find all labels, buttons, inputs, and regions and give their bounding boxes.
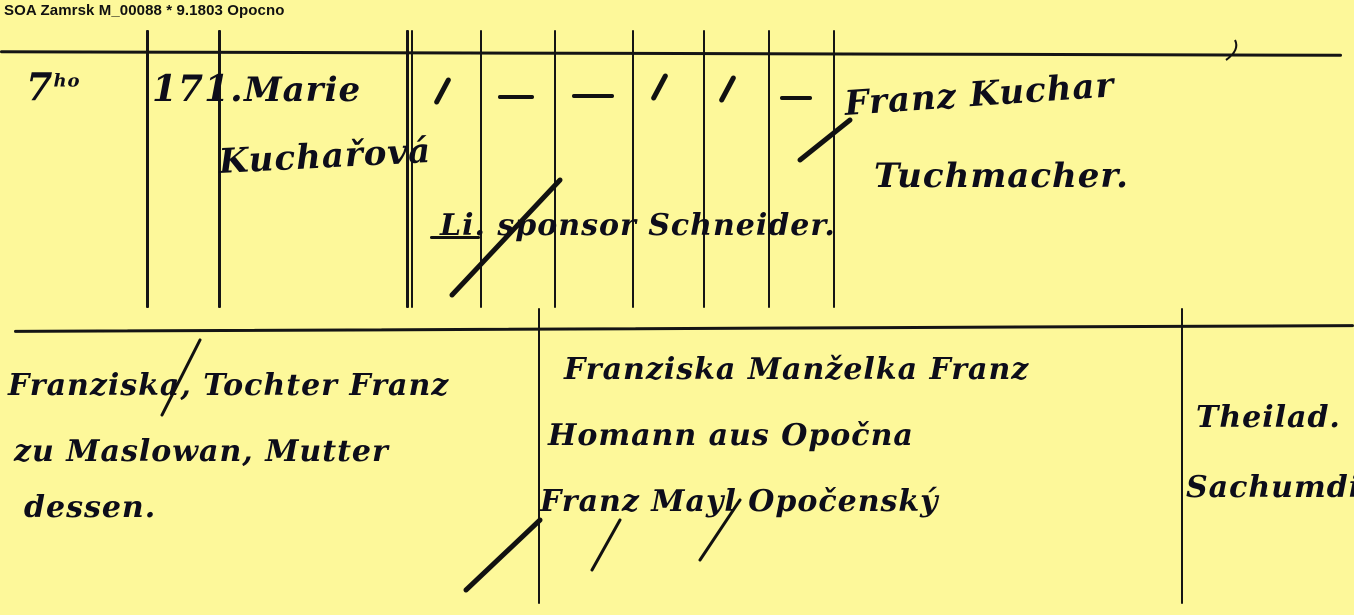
pen-flourish — [0, 0, 1354, 615]
